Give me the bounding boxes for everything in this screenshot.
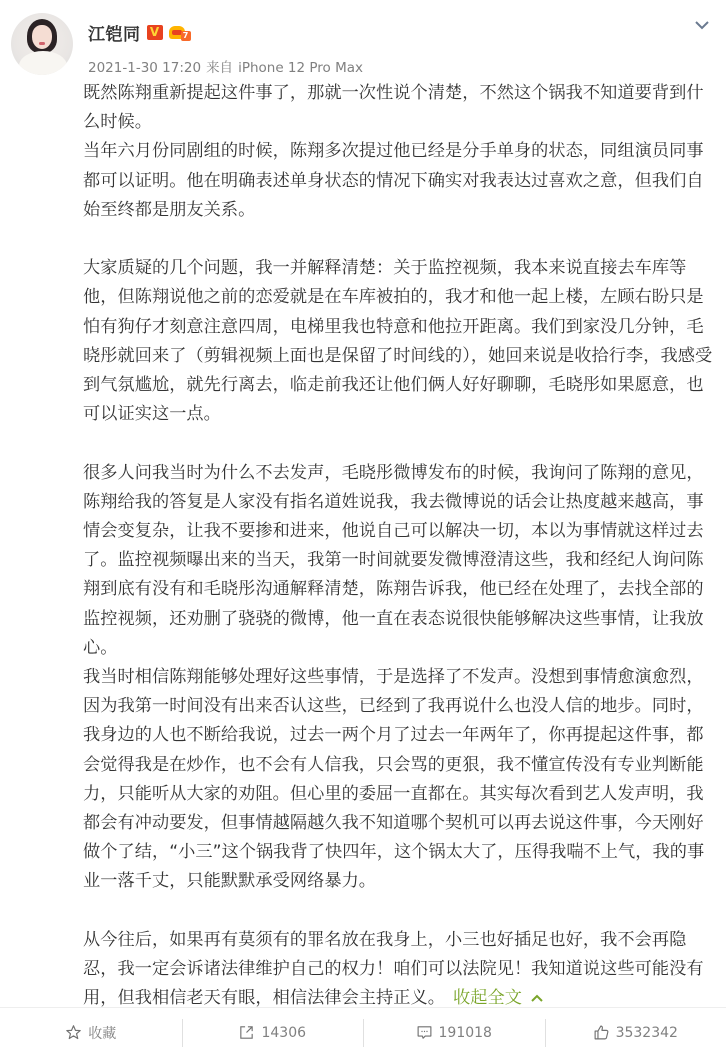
- post-header: 江铠同 V 7 2021-1-30 17:20来自iPhone 12 Pro M…: [0, 0, 726, 78]
- post-body: 既然陈翔重新提起这件事了，那就一次性说个清楚，不然这个锅我不知道要背到什么时候。…: [83, 79, 718, 1013]
- source-device: iPhone 12 Pro Max: [238, 60, 363, 76]
- repost-icon: [238, 1024, 255, 1041]
- paragraph-2: 当年六月份同剧组的时候，陈翔多次提过他已经是分手单身的状态，同组演员同事都可以证…: [83, 137, 718, 225]
- paragraph-6: 从今往后，如果再有莫须有的罪名放在我身上，小三也好插足也好，我不会再隐忍，我一定…: [83, 926, 718, 1014]
- avatar-body: [19, 51, 67, 75]
- repost-count: 14306: [261, 1025, 306, 1041]
- repost-button[interactable]: 14306: [182, 1019, 364, 1047]
- source-prefix: 来自: [206, 60, 233, 76]
- paragraph-1: 既然陈翔重新提起这件事了，那就一次性说个清楚，不然这个锅我不知道要背到什么时候。: [83, 79, 718, 137]
- star-icon: [65, 1024, 82, 1041]
- paragraph-6-text: 从今往后，如果再有莫须有的罪名放在我身上，小三也好插足也好，我不会再隐忍，我一定…: [83, 930, 704, 1008]
- comment-button[interactable]: 191018: [363, 1019, 545, 1047]
- chevron-down-icon[interactable]: [694, 19, 710, 31]
- action-bar: 收藏 14306 191018 3532342: [0, 1007, 726, 1057]
- paragraph-3: 大家质疑的几个问题，我一并解释清楚：关于监控视频，我本来说直接去车库等他，但陈翔…: [83, 254, 718, 429]
- avatar-lips: [39, 42, 45, 45]
- favorite-label: 收藏: [88, 1023, 116, 1043]
- avatar[interactable]: [11, 13, 73, 75]
- username[interactable]: 江铠同: [88, 20, 141, 45]
- thumbs-up-icon: [593, 1024, 610, 1041]
- vip-crown-icon[interactable]: 7: [169, 23, 191, 41]
- name-row: 江铠同 V 7: [88, 19, 191, 45]
- chevron-up-icon[interactable]: [530, 993, 544, 1003]
- like-count: 3532342: [616, 1025, 678, 1041]
- paragraph-gap: [83, 429, 718, 458]
- comment-count: 191018: [439, 1025, 492, 1041]
- verified-v-icon[interactable]: V: [147, 25, 163, 40]
- paragraph-5: 我当时相信陈翔能够处理好这些事情，于是选择了不发声。没想到事情愈演愈烈，因为我第…: [83, 663, 718, 897]
- avatar-face: [32, 25, 52, 49]
- favorite-button[interactable]: 收藏: [0, 1019, 182, 1047]
- collapse-full-text-link[interactable]: 收起全文: [453, 988, 522, 1008]
- paragraph-gap: [83, 897, 718, 926]
- like-button[interactable]: 3532342: [545, 1019, 726, 1047]
- comment-icon: [416, 1024, 433, 1041]
- paragraph-gap: [83, 225, 718, 254]
- vip-level: 7: [181, 31, 191, 41]
- paragraph-4: 很多人问我当时为什么不去发声，毛晓彤微博发布的时候，我询问了陈翔的意见，陈翔给我…: [83, 459, 718, 663]
- post-meta: 2021-1-30 17:20来自iPhone 12 Pro Max: [88, 56, 363, 76]
- post-timestamp[interactable]: 2021-1-30 17:20: [88, 60, 201, 76]
